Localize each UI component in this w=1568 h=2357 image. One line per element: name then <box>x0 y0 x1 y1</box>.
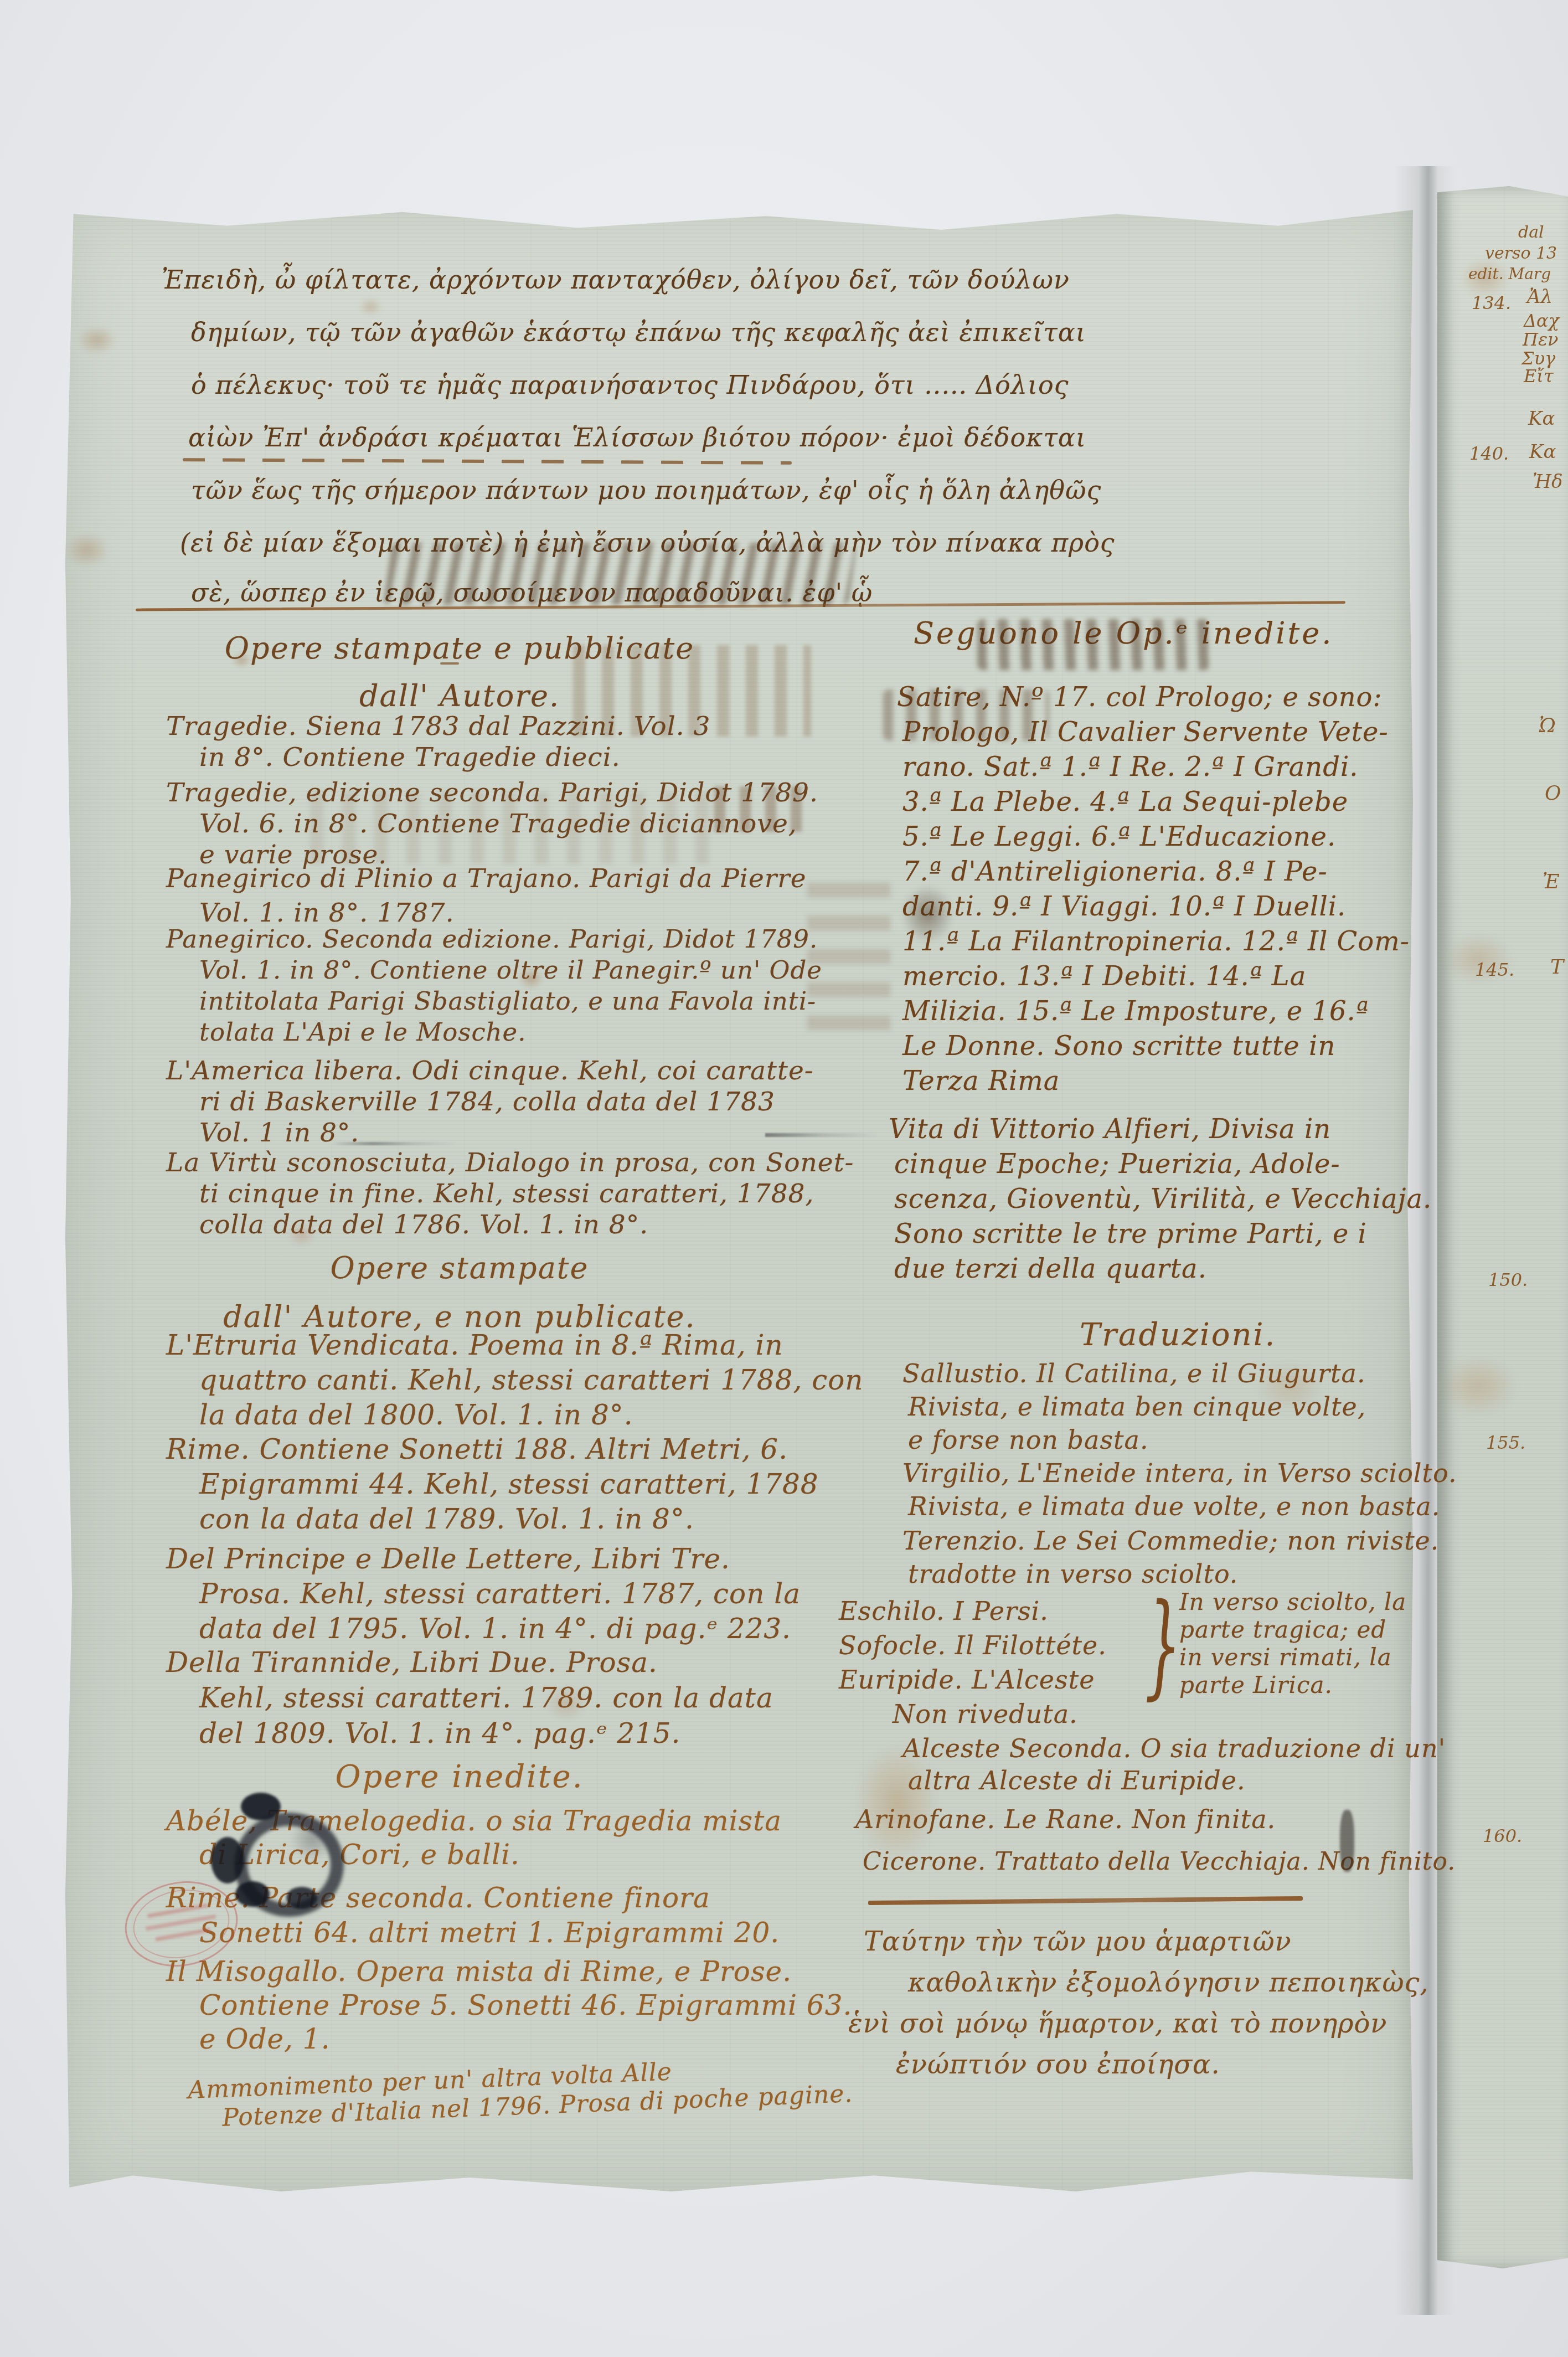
work-entry-principe-lettere: Del Principe e Delle Lettere, Libri Tre.… <box>166 1542 801 1646</box>
section-heading-traduzioni: Traduzioni. <box>1080 1317 1276 1353</box>
greek-epigraph-l3: ὁ πέλεκυς· τοῦ τε ἡμᾶς παραινήσαντος Πιν… <box>191 370 1069 400</box>
work-entry-panegirico-2ed: Panegirico. Seconda edizione. Parigi, Di… <box>166 924 822 1048</box>
work-entry-tragedie-didot: Tragedie, edizione seconda. Parigi, Dido… <box>166 778 818 871</box>
work-entry-misogallo: Il Misogallo. Opera mista di Rime, e Pro… <box>166 1955 852 2056</box>
greek-epigraph-l6: (εἰ δὲ μίαν ἕξομαι ποτὲ) ἡ ἐμὴ ἔσιν οὐσί… <box>180 528 1115 558</box>
side-item-number: 160. <box>1483 1825 1522 1846</box>
manuscript-photo: Ἐπειδὴ, ὦ φίλτατε, ἀρχόντων πανταχόθεν, … <box>0 0 1568 2357</box>
side-fragment: edit. Marg <box>1468 265 1551 283</box>
work-entry-rime: Rime. Contiene Sonetti 188. Altri Metri,… <box>166 1432 819 1537</box>
greek-epigraph-l1: Ἐπειδὴ, ὦ φίλτατε, ἀρχόντων πανταχόθεν, … <box>162 265 1070 295</box>
side-fragment: Ἐ <box>1543 871 1560 893</box>
side-fragment: Δαχ <box>1524 310 1559 331</box>
greek-epigraph-l2: δημίων, τῷ τῶν ἀγαθῶν ἑκάστῳ ἐπάνω τῆς κ… <box>191 317 1086 347</box>
section-heading-published: Opere stampate e pubblicate dall' Autore… <box>183 625 736 720</box>
greek-closing-l4: ἐνώπτιόν σου ἐποίησα. <box>896 2049 1220 2080</box>
greek-epigraph-l5: τῶν ἕως τῆς σήμερον πάντων μου ποιημάτων… <box>191 475 1101 505</box>
side-fragment: Εἴτ <box>1524 366 1554 387</box>
side-fragment: Ἠδ <box>1533 471 1562 493</box>
side-item-number: 145. <box>1475 959 1514 980</box>
ink-blot <box>219 1797 352 1916</box>
side-fragment: Πεν <box>1523 329 1559 350</box>
bracket-annotation: In verso sciolto, la parte tragica; ed i… <box>1179 1588 1406 1699</box>
side-fragment: verso 13 <box>1485 244 1557 263</box>
side-item-number: 134. <box>1472 292 1511 313</box>
work-entry-sallustio: Sallustio. Il Catilina, e il Giugurta. R… <box>847 1357 1366 1457</box>
brace-icon: } <box>1145 1579 1182 1711</box>
side-fragment: Ὠ <box>1539 714 1556 737</box>
greek-epigraph-l4: αἰὼν Ἐπ' ἀνδράσι κρέμαται Ἑλίσσων βιότου… <box>188 423 1086 452</box>
work-entry-virgilio: Virgilio, L'Eneide intera, in Verso scio… <box>847 1457 1457 1523</box>
section-heading-unpublished: Opere stampate dall' Autore, e non publi… <box>183 1244 736 1341</box>
work-entry-tirannide: Della Tirannide, Libri Due. Prosa. Kehl,… <box>166 1645 773 1751</box>
bracket-item-euripide: Euripide. L'Alceste <box>839 1665 1095 1695</box>
work-entry-terenzio: Terenzio. Le Sei Commedie; non riviste. … <box>847 1524 1439 1591</box>
work-entry-etruria: L'Etruria Vendicata. Poema in 8.ª Rima, … <box>166 1328 864 1433</box>
work-entry-virtu-sconosciuta: La Virtù sconosciuta, Dialogo in prosa, … <box>166 1147 854 1241</box>
side-item-number: 150. <box>1488 1269 1528 1290</box>
work-entry-america-libera: L'America libera. Odi cinque. Kehl, coi … <box>166 1056 814 1149</box>
ink-blot-haze <box>291 1816 335 1861</box>
work-entry-arinofane: Arinofane. Le Rane. Non finita. <box>855 1804 1276 1834</box>
ink-blot-spot <box>235 1881 270 1907</box>
ink-blot-spot <box>286 1887 317 1909</box>
greek-epigraph-l7: σὲ, ὥσπερ ἐν ἱερῷ, σωσοίμενον παραδοῦναι… <box>191 578 873 608</box>
section-heading-inedite: Opere inedite. <box>183 1759 736 1795</box>
side-fragment: Κα <box>1528 408 1555 430</box>
work-entry-tragedie-siena: Tragedie. Siena 1783 dal Pazzini. Vol. 3… <box>166 711 710 773</box>
section-heading-seguono: Seguono le Op.ᵉ inedite. <box>914 616 1333 651</box>
side-fragment: Κα <box>1529 441 1556 463</box>
bracket-item-eschilo: Eschilo. I Persi. <box>839 1596 1049 1626</box>
greek-closing-l2: καθολικὴν ἐξομολόγησιν πεποιηκὼς, <box>908 1967 1429 1998</box>
work-entry-vita-alfieri: Vita di Vittorio Alfieri, Divisa in cinq… <box>833 1112 1432 1286</box>
work-entry-panegirico: Panegirico di Plinio a Trajano. Parigi d… <box>166 862 806 930</box>
side-fragment: Ἀλ <box>1527 286 1552 308</box>
work-entry-alceste-seconda: Alceste Seconda. O sia traduzione di un'… <box>847 1732 1446 1797</box>
ink-blot-spot <box>211 1837 244 1883</box>
ink-blot-spot <box>241 1793 281 1820</box>
side-fragment: dal <box>1518 223 1544 242</box>
side-item-number: 140. <box>1469 443 1509 464</box>
side-fragment: Ο <box>1545 782 1561 805</box>
work-entry-satire: Satire, N.º 17. col Prologo; e sono: Pro… <box>847 680 1410 1099</box>
side-item-number: 155. <box>1486 1432 1525 1453</box>
adjacent-folio-edge <box>1437 186 1568 2268</box>
work-entry-cicerone: Cicerone. Trattato della Vecchiaja. Non … <box>863 1847 1456 1876</box>
heading-e-underline <box>440 662 459 665</box>
bracket-item-sofocle: Sofocle. Il Filottéte. <box>839 1630 1107 1660</box>
greek-closing-l1: Ταύτην τὴν τῶν μου ἁμαρτιῶν <box>864 1926 1292 1957</box>
greek-closing-l3: ἑνὶ σοὶ μόνῳ ἥμαρτον, καὶ τὸ πονηρὸν <box>848 2008 1388 2039</box>
bracket-note: Non riveduta. <box>893 1699 1078 1729</box>
side-fragment: Τ <box>1550 956 1564 979</box>
